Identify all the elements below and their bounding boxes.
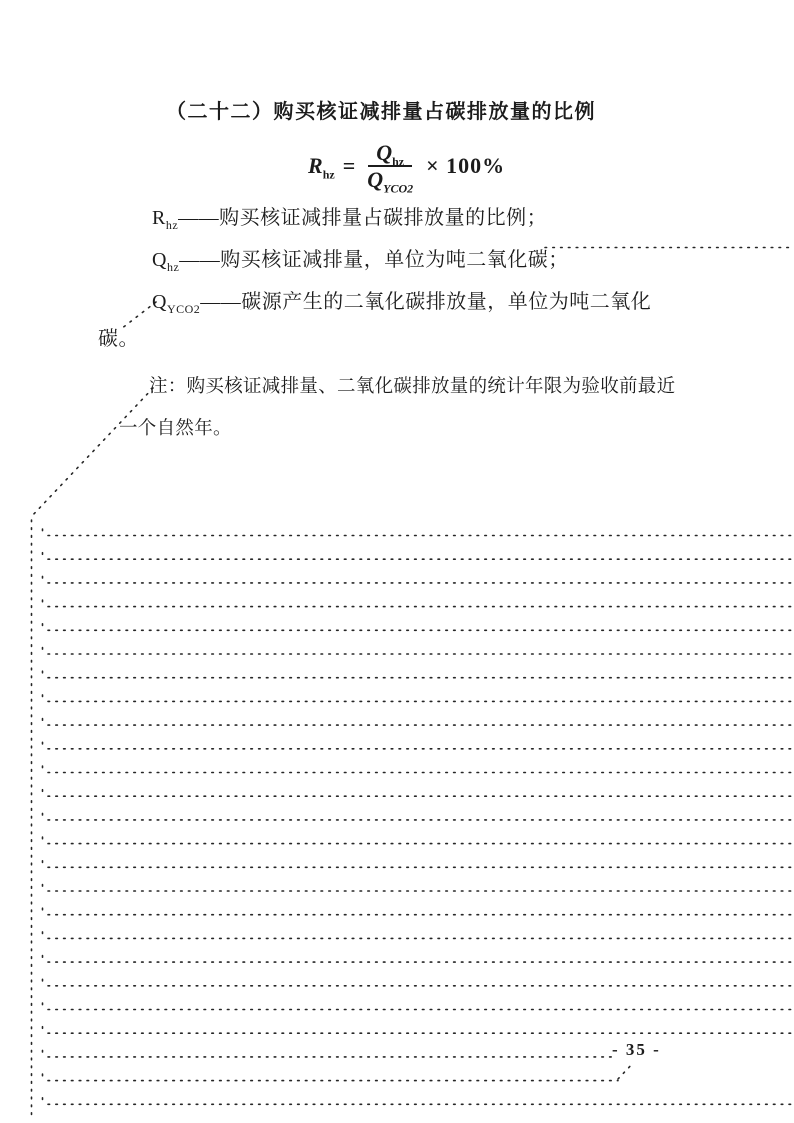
definition-carryover: 碳。 xyxy=(98,328,139,351)
symbol-qhz: Qhz xyxy=(152,249,179,271)
document-page: （二十二）购买核证减排量占碳排放量的比例 Rhz = Qhz QYCO2 × 1… xyxy=(0,0,794,1123)
symbol-rhz: Rhz xyxy=(152,207,178,229)
fraction-numerator: Qhz xyxy=(368,141,412,167)
formula: Rhz = Qhz QYCO2 × 100% xyxy=(308,141,505,191)
definition-line-rhz: Rhz——购买核证减排量占碳排放量的比例； xyxy=(152,207,547,230)
note-line-2: 一个自然年。 xyxy=(119,419,232,440)
note-line-1: 注：购买核证减排量、二氧化碳排放量的统计年限为验收前最近 xyxy=(149,377,675,398)
definition-line-qhz: Qhz——购买核证减排量，单位为吨二氧化碳； xyxy=(152,249,569,272)
fraction-denominator: QYCO2 xyxy=(363,167,417,191)
symbol-qyco2: QYCO2 xyxy=(152,291,200,313)
formula-fraction: Qhz QYCO2 xyxy=(363,141,417,191)
definition-line-qyco2: QYCO2——碳源产生的二氧化碳排放量，单位为吨二氧化 xyxy=(152,291,651,314)
page-number: - 35 - xyxy=(612,1040,661,1060)
section-heading: （二十二）购买核证减排量占碳排放量的比例 xyxy=(166,101,596,124)
formula-multiplier: × 100% xyxy=(426,153,505,179)
formula-equals: = xyxy=(343,153,356,179)
formula-lhs: Rhz xyxy=(308,153,335,179)
